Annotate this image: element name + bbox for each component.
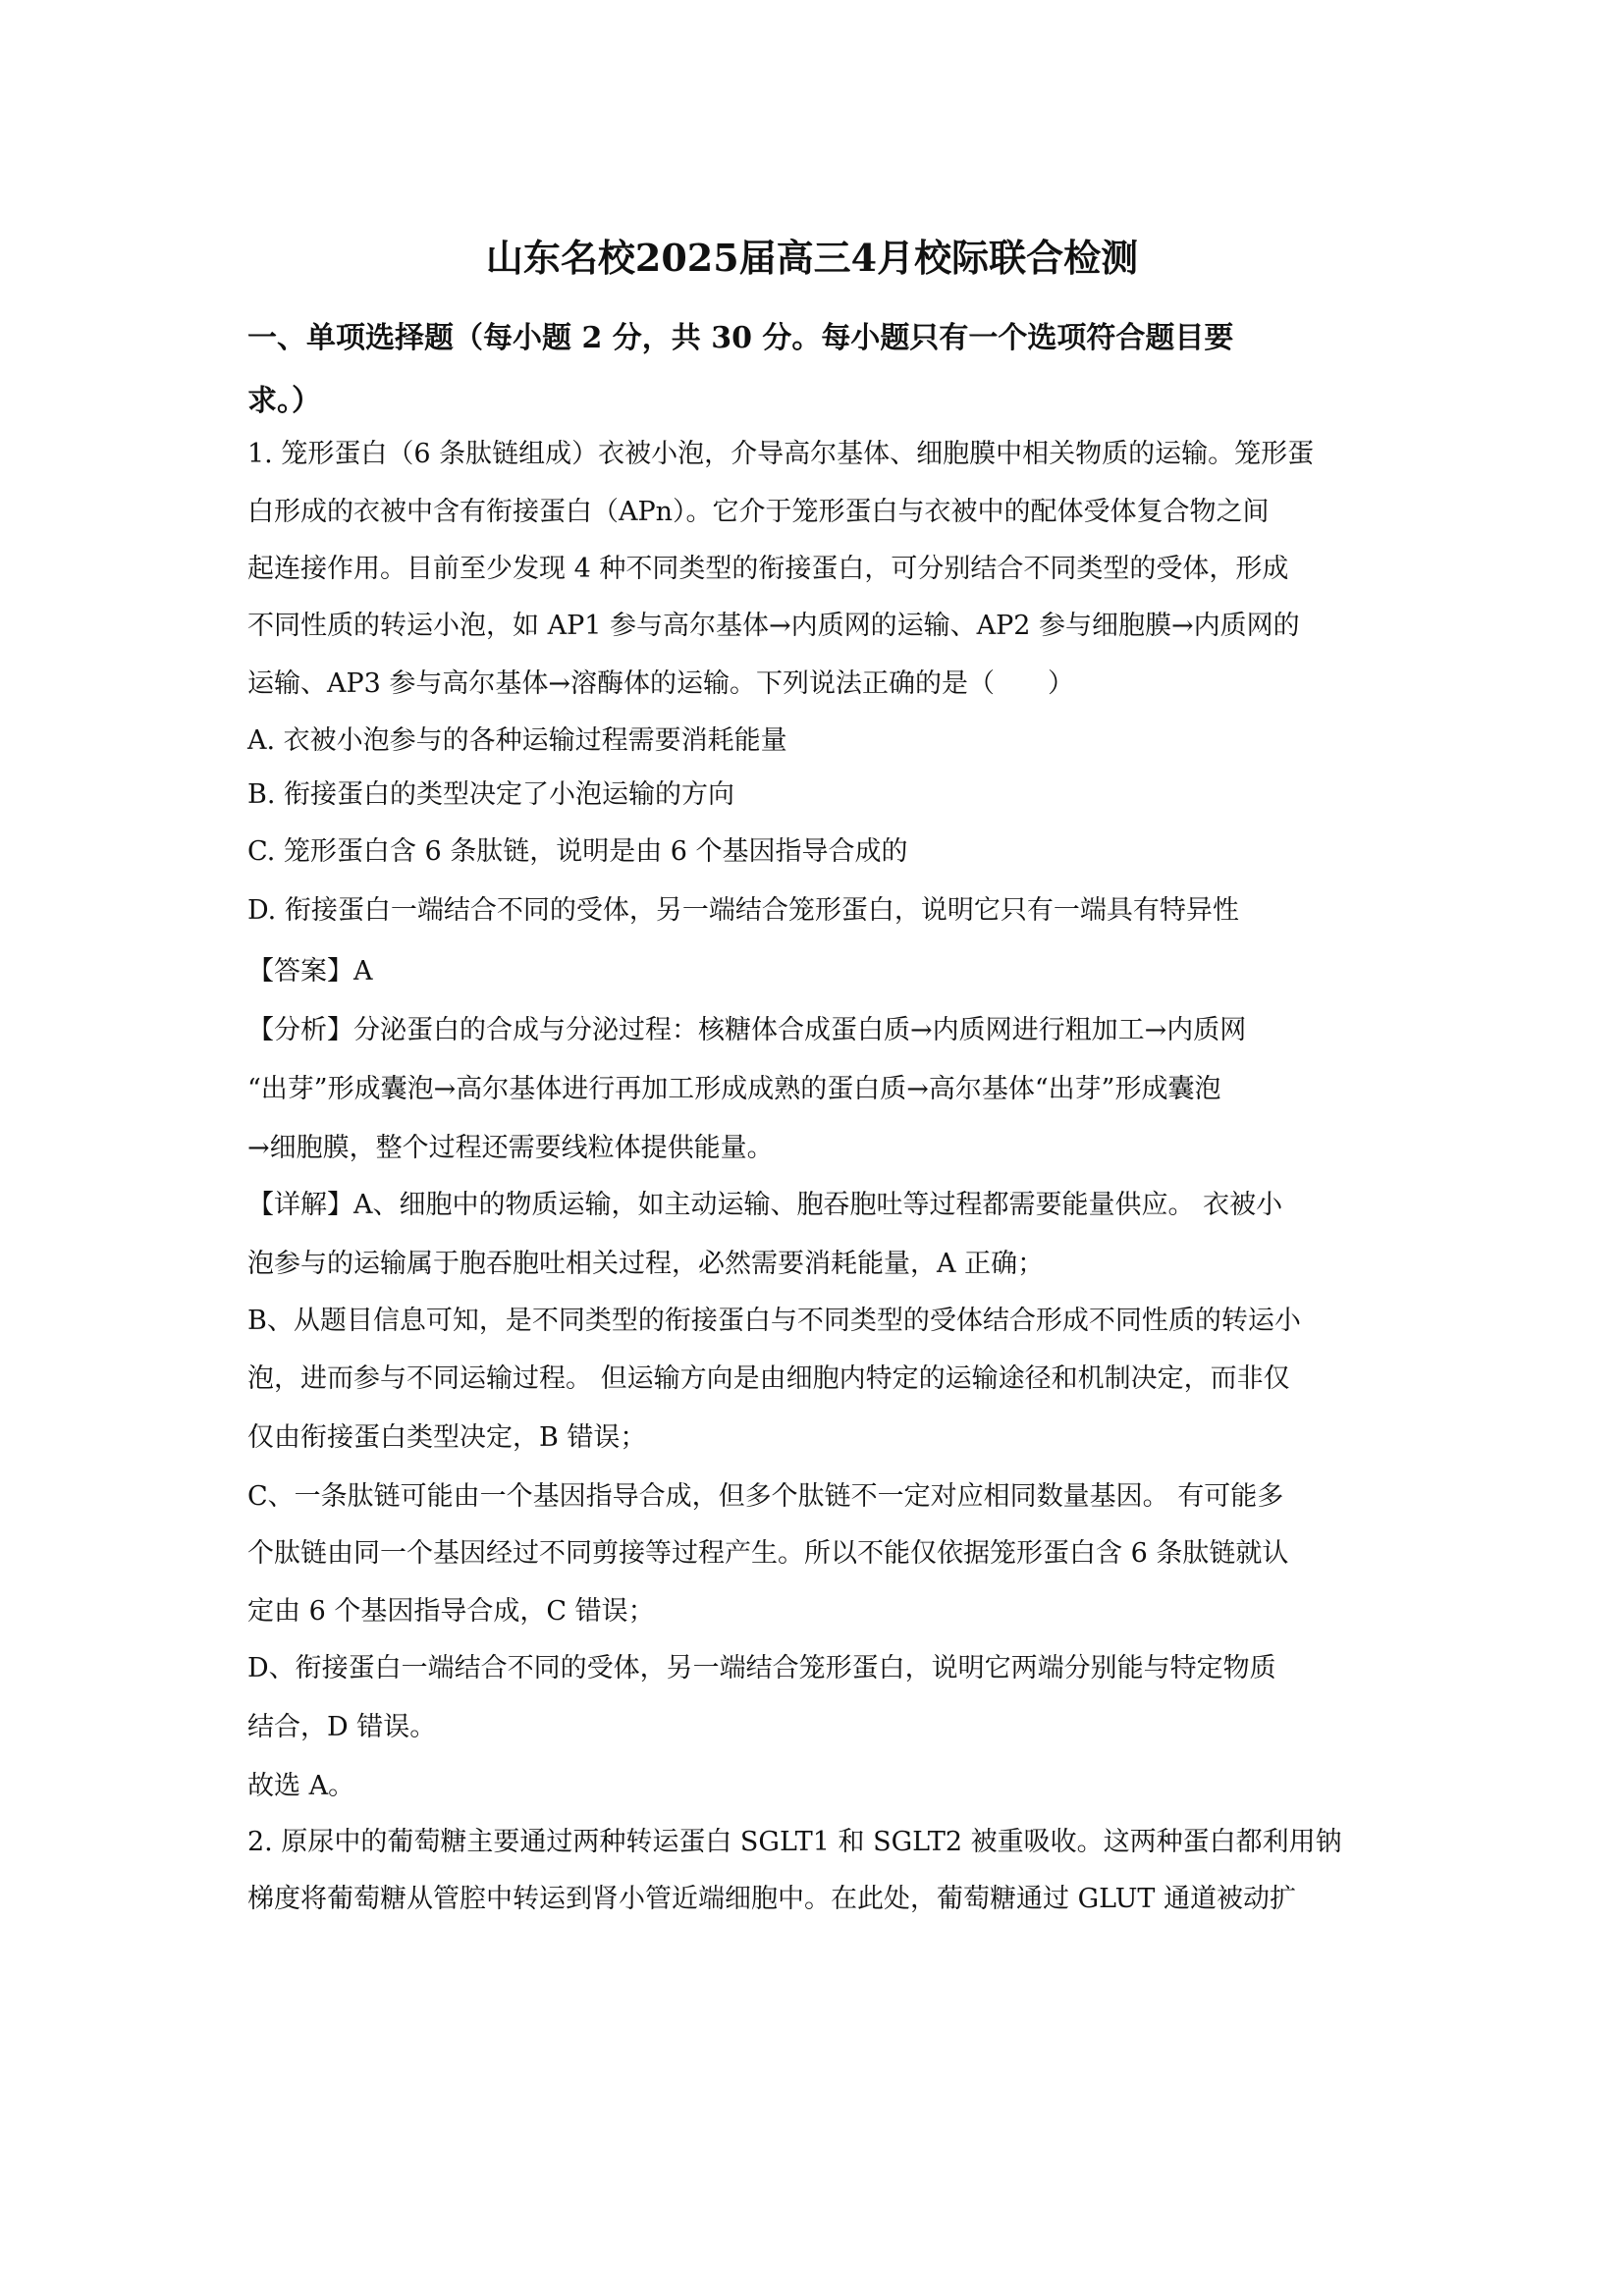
q1-option-a: A. 衣被小泡参与的各种运输过程需要消耗能量 [247,723,787,759]
q1-answer: 【答案】A [247,954,373,989]
q1-analysis-line-3: →细胞膜，整个过程还需要线粒体提供能量。 [247,1131,774,1166]
section-heading-line-1: 一、单项选择题（每小题 2 分，共 30 分。每小题只有一个选项符合题目要 [247,319,1233,358]
q1-stem-line-3: 起连接作用。目前至少发现 4 种不同类型的衔接蛋白，可分别结合不同类型的受体，形… [247,552,1288,587]
q1-detail-line-2: 泡参与的运输属于胞吞胞吐相关过程，必然需要消耗能量，A 正确； [247,1247,1044,1282]
q1-stem-line-5: 运输、AP3 参与高尔基体→溶酶体的运输。下列说法正确的是（ ） [247,667,1074,702]
q1-analysis-line-2: “出芽”形成囊泡→高尔基体进行再加工形成成熟的蛋白质→高尔基体“出芽”形成囊泡 [247,1072,1220,1107]
q1-detail-line-10: 结合，D 错误。 [247,1710,436,1745]
q1-detail-line-7: 个肽链由同一个基因经过不同剪接等过程产生。所以不能仅依据笼形蛋白含 6 条肽链就… [247,1536,1288,1572]
q1-option-d: D. 衔接蛋白一端结合不同的受体，另一端结合笼形蛋白，说明它只有一端具有特异性 [247,893,1239,929]
q1-detail-line-3: B、从题目信息可知，是不同类型的衔接蛋白与不同类型的受体结合形成不同性质的转运小 [247,1304,1301,1339]
q1-stem-line-2: 白形成的衣被中含有衔接蛋白（APn）。它介于笼形蛋白与衣被中的配体受体复合物之间 [247,495,1270,530]
q1-option-b: B. 衔接蛋白的类型决定了小泡运输的方向 [247,777,734,813]
q1-stem-line-4: 不同性质的转运小泡，如 AP1 参与高尔基体→内质网的运输、AP2 参与细胞膜→… [247,609,1300,644]
q1-detail-line-11: 故选 A。 [247,1769,354,1804]
q2-stem-line-1: 2. 原尿中的葡萄糖主要通过两种转运蛋白 SGLT1 和 SGLT2 被重吸收。… [247,1825,1342,1860]
q1-detail-line-1: 【详解】A、细胞中的物质运输，如主动运输、胞吞胞吐等过程都需要能量供应。 衣被小 [247,1188,1282,1223]
section-heading-line-2: 求。） [247,382,321,421]
q1-detail-line-5: 仅由衔接蛋白类型决定，B 错误； [247,1420,646,1456]
q1-analysis-line-1: 【分析】分泌蛋白的合成与分泌过程：核糖体合成蛋白质→内质网进行粗加工→内质网 [247,1013,1246,1048]
q1-detail-line-8: 定由 6 个基因指导合成，C 错误； [247,1594,655,1629]
q1-option-c: C. 笼形蛋白含 6 条肽链，说明是由 6 个基因指导合成的 [247,834,908,870]
document-title: 山东名校2025届高三4月校际联合检测 [0,234,1624,283]
q1-detail-line-6: C、一条肽链可能由一个基因指导合成，但多个肽链不一定对应相同数量基因。 有可能多 [247,1479,1283,1515]
q1-stem-line-1: 1. 笼形蛋白（6 条肽链组成）衣被小泡，介导高尔基体、细胞膜中相关物质的运输。… [247,437,1314,472]
q2-stem-line-2: 梯度将葡萄糖从管腔中转运到肾小管近端细胞中。在此处，葡萄糖通过 GLUT 通道被… [247,1882,1296,1917]
q1-detail-line-4: 泡，进而参与不同运输过程。 但运输方向是由细胞内特定的运输途径和机制决定，而非仅 [247,1362,1290,1397]
q1-detail-line-9: D、衔接蛋白一端结合不同的受体，另一端结合笼形蛋白，说明它两端分别能与特定物质 [247,1651,1276,1686]
